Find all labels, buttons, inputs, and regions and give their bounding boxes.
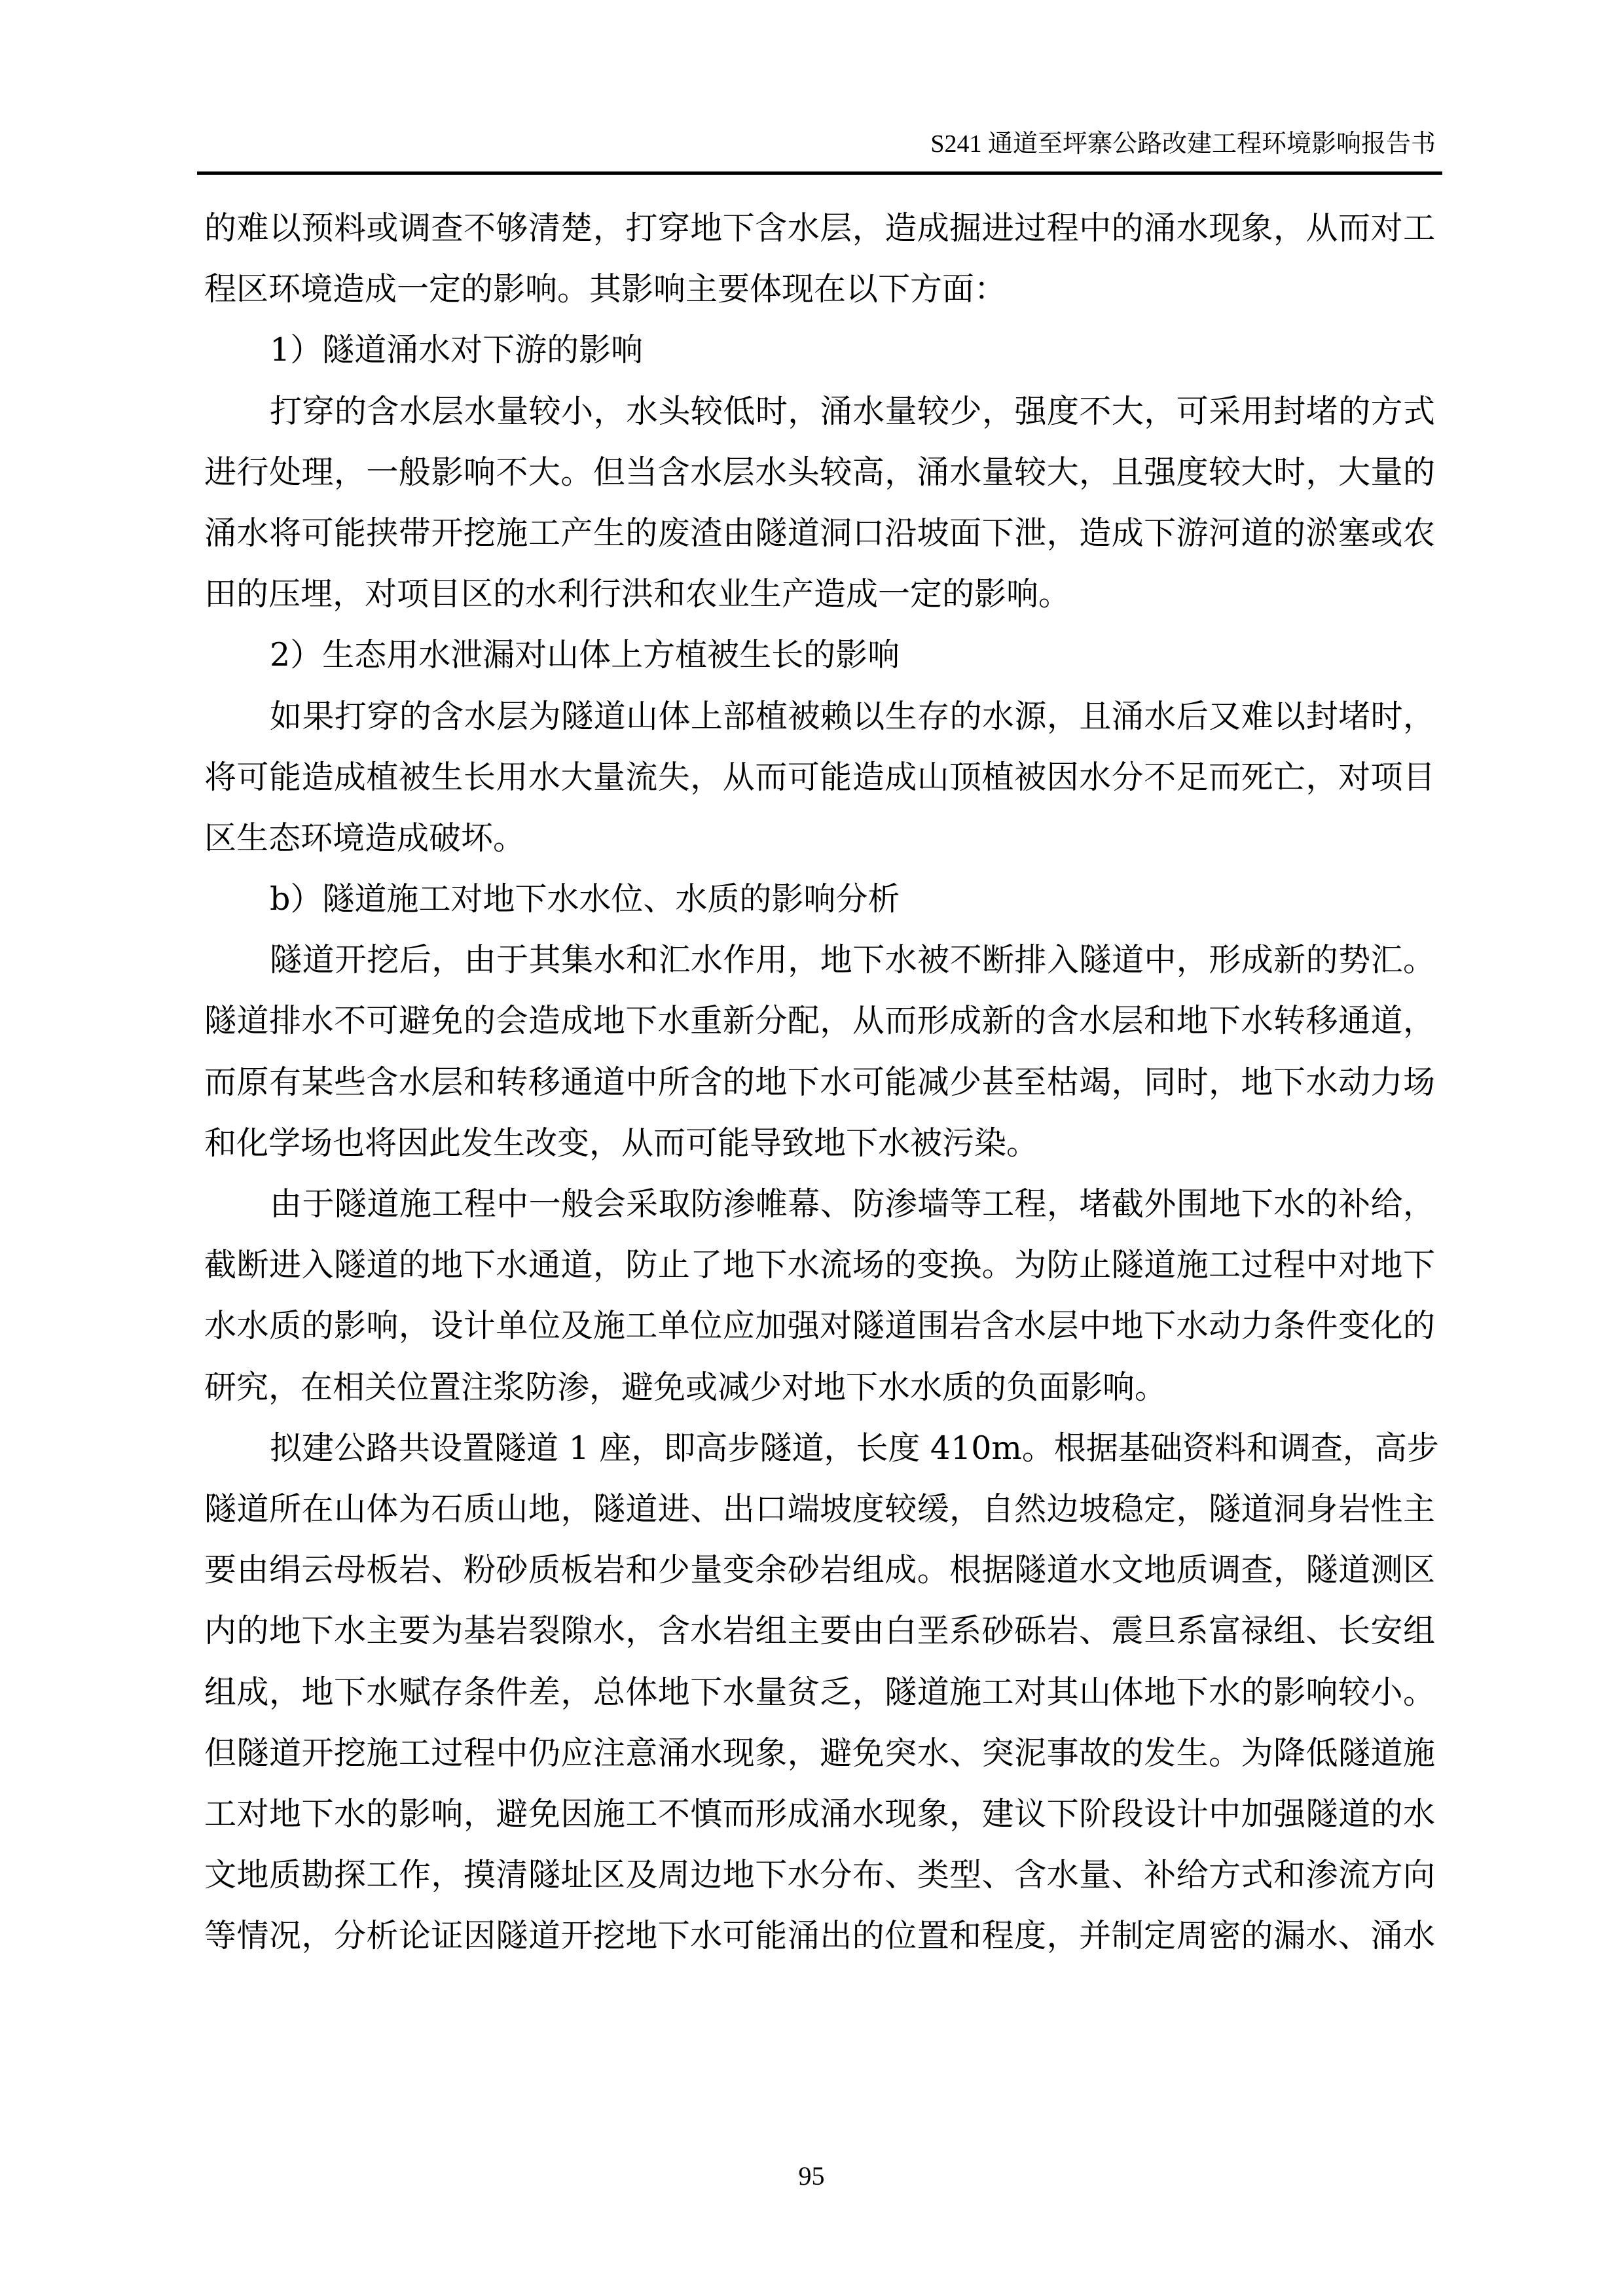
text-line: 研究，在相关位置注浆防渗，避免或减少对地下水水质的负面影响。 [204,1357,1435,1418]
page-number: 95 [0,2160,1623,2193]
text-line: 的难以预料或调查不够清楚，打穿地下含水层，造成掘进过程中的涌水现象，从而对工 [204,198,1435,259]
subheading-tunnel-water-inflow: 1）隧道涌水对下游的影响 [204,319,1435,380]
text-line: 而原有某些含水层和转移通道中所含的地下水可能减少甚至枯竭，同时，地下水动力场 [204,1052,1435,1113]
text-line: 文地质勘探工作，摸清隧址区及周边地下水分布、类型、含水量、补给方式和渗流方向 [204,1844,1435,1905]
text-line: 和化学场也将因此发生改变，从而可能导致地下水被污染。 [204,1113,1435,1174]
text-line: 但隧道开挖施工过程中仍应注意涌水现象，避免突水、突泥事故的发生。为降低隧道施 [204,1723,1435,1784]
text-line: 区生态环境造成破坏。 [204,808,1435,869]
subheading-ecological-water-leak: 2）生态用水泄漏对山体上方植被生长的影响 [204,624,1435,685]
document-title: S241 通道至坪寨公路改建工程环境影响报告书 [930,130,1436,158]
text-line: 由于隧道施工程中一般会采取防渗帷幕、防渗墙等工程，堵截外围地下水的补给， [204,1174,1435,1234]
text-line: 隧道排水不可避免的会造成地下水重新分配，从而形成新的含水层和地下水转移通道， [204,990,1435,1051]
text-line: 截断进入隧道的地下水通道，防止了地下水流场的变换。为防止隧道施工过程中对地下 [204,1234,1435,1295]
text-line: 内的地下水主要为基岩裂隙水，含水岩组主要由白垩系砂砾岩、震旦系富禄组、长安组 [204,1600,1435,1661]
subheading-groundwater-level-quality: b）隧道施工对地下水水位、水质的影响分析 [204,869,1435,929]
text-line: 组成，地下水赋存条件差，总体地下水量贫乏，隧道施工对其山体地下水的影响较小。 [204,1662,1435,1723]
header-divider [197,171,1442,175]
text-line: 将可能造成植被生长用水大量流失，从而可能造成山顶植被因水分不足而死亡，对项目 [204,747,1435,808]
text-line: 隧道开挖后，由于其集水和汇水作用，地下水被不断排入隧道中，形成新的势汇。 [204,929,1435,990]
text-line: 等情况，分析论证因隧道开挖地下水可能涌出的位置和程度，并制定周密的漏水、涌水 [204,1905,1435,1966]
running-header: S241 通道至坪寨公路改建工程环境影响报告书 [197,124,1442,164]
text-line: 水水质的影响，设计单位及施工单位应加强对隧道围岩含水层中地下水动力条件变化的 [204,1295,1435,1356]
text-line: 进行处理，一般影响不大。但当含水层水头较高，涌水量较大，且强度较大时，大量的 [204,442,1435,503]
text-line: 拟建公路共设置隧道 1 座，即高步隧道，长度 410m。根据基础资料和调查，高步 [204,1418,1435,1479]
text-line: 程区环境造成一定的影响。其影响主要体现在以下方面： [204,259,1435,319]
text-line: 要由绢云母板岩、粉砂质板岩和少量变余砂岩组成。根据隧道水文地质调查，隧道测区 [204,1539,1435,1600]
text-line: 工对地下水的影响，避免因施工不慎而形成涌水现象，建议下阶段设计中加强隧道的水 [204,1784,1435,1844]
text-line: 涌水将可能挟带开挖施工产生的废渣由隧道洞口沿坡面下泄，造成下游河道的淤塞或农 [204,503,1435,564]
text-line: 田的压埋，对项目区的水利行洪和农业生产造成一定的影响。 [204,564,1435,624]
text-line: 隧道所在山体为石质山地，隧道进、出口端坡度较缓，自然边坡稳定，隧道洞身岩性主 [204,1479,1435,1539]
text-line: 如果打穿的含水层为隧道山体上部植被赖以生存的水源，且涌水后又难以封堵时， [204,686,1435,747]
text-line: 打穿的含水层水量较小，水头较低时，涌水量较少，强度不大，可采用封堵的方式 [204,381,1435,442]
body-text: 的难以预料或调查不够清楚，打穿地下含水层，造成掘进过程中的涌水现象，从而对工 程… [204,198,1435,1966]
